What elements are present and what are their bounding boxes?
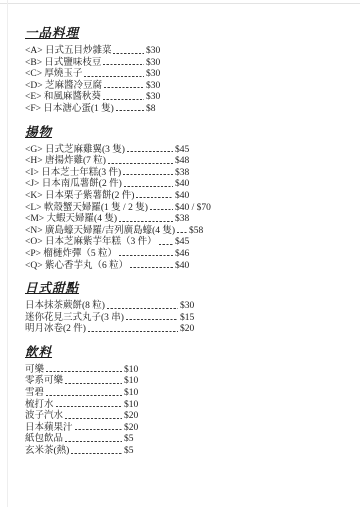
menu-item-lead: 波子汽水 [25, 411, 124, 423]
dotted-leader [65, 376, 122, 388]
dotted-leader [107, 301, 178, 313]
menu-item-price: $30 [146, 92, 160, 104]
menu-item-price: $15 [180, 313, 194, 325]
section-item-list: 可樂$10零系可樂$10雪碧$10梳打水$10波子汽水$20日本蘋果汁$20紙包… [25, 365, 347, 458]
section-japanese-desserts: 日式甜點 日本抹茶蕨餅(8 粒)$30迷你花見三式丸子(3 串)$15明月冰卷(… [25, 282, 347, 336]
menu-item-lead: <Q> 紫心香芋丸（6 粒） [25, 261, 175, 273]
dotted-leader [103, 58, 144, 70]
menu-item-price: $40 [175, 261, 189, 273]
menu-item-price: $30 [146, 58, 160, 70]
section-signature-dishes: 一品料理 <A> 日式五目炒雜菜$30<B> 日式鹽味枝豆$30<C> 厚燒玉子… [25, 27, 347, 116]
menu-item-name: 日本抹茶蕨餅(8 粒) [25, 301, 105, 313]
menu-item-row: 零系可樂$10 [25, 376, 347, 388]
menu-item-price: $5 [124, 446, 134, 458]
menu-item-lead: 紙包飲品 [25, 434, 124, 446]
menu-item-row: <A> 日式五目炒雜菜$30 [25, 46, 347, 58]
dotted-leader [130, 261, 173, 273]
menu-item-row: <J> 日本南瓜薯餅(2 件)$40 [25, 179, 347, 191]
menu-item-lead: <N> 廣島蠔天婦羅/吉列廣島蠔(4 隻) [25, 226, 189, 238]
menu-item-price: $40 [175, 191, 189, 203]
menu-item-price: $20 [124, 411, 138, 423]
menu-item-lead: 日本抹茶蕨餅(8 粒) [25, 301, 180, 313]
menu-item-price: $10 [124, 400, 138, 412]
menu-item-row: <G> 日式芝麻雞翼(3 隻)$45 [25, 145, 347, 157]
menu-item-row: <E> 和風麻醬秋葵$30 [25, 92, 347, 104]
dotted-leader [104, 81, 144, 93]
menu-item-name: <G> 日式芝麻雞翼(3 隻) [25, 145, 125, 157]
menu-item-row: 梳打水$10 [25, 400, 347, 412]
menu-item-price: $8 [146, 104, 156, 116]
menu-item-name: <C> 厚燒玉子 [25, 69, 82, 81]
section-fried-items: 揚物 <G> 日式芝麻雞翼(3 隻)$45<H> 唐揚炸雞(7 粒)$48<I>… [25, 126, 347, 273]
menu-item-price: $20 [124, 423, 138, 435]
menu-item-lead: 梳打水 [25, 400, 124, 412]
menu-item-row: <L> 軟殼蟹天婦羅(1 隻 / 2 隻)$40 / $70 [25, 203, 347, 215]
menu-item-row: <H> 唐揚炸雞(7 粒)$48 [25, 156, 347, 168]
menu-item-row: <P> 榴槤炸彈（5 粒）$46 [25, 249, 347, 261]
dotted-leader [177, 226, 187, 238]
menu-item-row: <D> 芝麻醬冷豆腐$30 [25, 81, 347, 93]
section-item-list: <G> 日式芝麻雞翼(3 隻)$45<H> 唐揚炸雞(7 粒)$48<I> 日本… [25, 145, 347, 273]
menu-item-name: 波子汽水 [25, 411, 63, 423]
menu-item-name: <K> 日本栗子紫薯餅(2 件) [25, 191, 134, 203]
dotted-leader [84, 69, 144, 81]
section-title: 飲料 [25, 346, 347, 359]
menu-item-price: $10 [124, 376, 138, 388]
menu-item-price: $30 [146, 81, 160, 93]
menu-item-name: <O> 日本芝麻紫芋年糕（3 件） [25, 237, 157, 249]
menu-item-name: <A> 日式五目炒雜菜 [25, 46, 111, 58]
menu-page: 一品料理 <A> 日式五目炒雜菜$30<B> 日式鹽味枝豆$30<C> 厚燒玉子… [25, 27, 347, 468]
menu-item-price: $40 [175, 179, 189, 191]
menu-item-price: $30 [146, 69, 160, 81]
section-item-list: <A> 日式五目炒雜菜$30<B> 日式鹽味枝豆$30<C> 厚燒玉子$30<D… [25, 46, 347, 116]
menu-item-name: 零系可樂 [25, 376, 63, 388]
menu-item-row: 明月冰卷(2 件)$20 [25, 324, 347, 336]
menu-item-price: $38 [175, 214, 189, 226]
menu-item-price: $5 [124, 434, 134, 446]
menu-item-row: 日本蘋果汁$20 [25, 423, 347, 435]
menu-item-lead: <D> 芝麻醬冷豆腐 [25, 81, 146, 93]
menu-item-row: <C> 厚燒玉子$30 [25, 69, 347, 81]
dotted-leader [119, 249, 173, 261]
menu-item-row: 玄米茶(熱)$5 [25, 446, 347, 458]
menu-item-name: <J> 日本南瓜薯餅(2 件) [25, 179, 122, 191]
menu-item-lead: <G> 日式芝麻雞翼(3 隻) [25, 145, 175, 157]
menu-item-name: <B> 日式鹽味枝豆 [25, 58, 101, 70]
menu-item-row: <I> 日本芝士年糕(3 件)$38 [25, 168, 347, 180]
dotted-leader [116, 104, 144, 116]
menu-item-name: 玄米茶(熱) [25, 446, 69, 458]
dotted-leader [136, 191, 173, 203]
menu-item-row: <O> 日本芝麻紫芋年糕（3 件）$45 [25, 237, 347, 249]
dotted-leader [108, 156, 173, 168]
menu-item-lead: <L> 軟殼蟹天婦羅(1 隻 / 2 隻) [25, 203, 175, 215]
menu-item-lead: <J> 日本南瓜薯餅(2 件) [25, 179, 175, 191]
menu-item-price: $20 [180, 324, 194, 336]
menu-item-row: 波子汽水$20 [25, 411, 347, 423]
menu-item-name: <P> 榴槤炸彈（5 粒） [25, 249, 117, 261]
menu-item-name: 日本蘋果汁 [25, 423, 73, 435]
menu-item-row: <M> 大蝦天婦羅(4 隻)$38 [25, 214, 347, 226]
menu-item-row: 可樂$10 [25, 365, 347, 377]
menu-item-price: $38 [175, 168, 189, 180]
menu-item-name: <Q> 紫心香芋丸（6 粒） [25, 261, 128, 273]
menu-item-name: 明月冰卷(2 件) [25, 324, 86, 336]
section-title: 揚物 [25, 126, 347, 139]
menu-item-row: <Q> 紫心香芋丸（6 粒）$40 [25, 261, 347, 273]
menu-item-price: $48 [175, 156, 189, 168]
menu-item-price: $58 [189, 226, 203, 238]
menu-item-lead: <H> 唐揚炸雞(7 粒) [25, 156, 175, 168]
page-top-edge [0, 3, 360, 4]
menu-item-lead: 迷你花見三式丸子(3 串) [25, 313, 180, 325]
menu-item-lead: 玄米茶(熱) [25, 446, 124, 458]
menu-item-name: 紙包飲品 [25, 434, 63, 446]
section-item-list: 日本抹茶蕨餅(8 粒)$30迷你花見三式丸子(3 串)$15明月冰卷(2 件)$… [25, 301, 347, 336]
menu-item-lead: <F> 日本溏心蛋(1 隻) [25, 104, 146, 116]
dotted-leader [126, 313, 178, 325]
menu-item-row: 雪碧$10 [25, 388, 347, 400]
menu-item-lead: <B> 日式鹽味枝豆 [25, 58, 146, 70]
section-title: 一品料理 [25, 27, 347, 40]
dotted-leader [159, 237, 173, 249]
menu-item-price: $30 [146, 46, 160, 58]
dotted-leader [75, 423, 122, 435]
menu-item-name: <N> 廣島蠔天婦羅/吉列廣島蠔(4 隻) [25, 226, 175, 238]
menu-item-lead: <M> 大蝦天婦羅(4 隻) [25, 214, 175, 226]
menu-item-lead: 雪碧 [25, 388, 124, 400]
dotted-leader [127, 145, 173, 157]
menu-item-row: <N> 廣島蠔天婦羅/吉列廣島蠔(4 隻)$58 [25, 226, 347, 238]
dotted-leader [46, 388, 122, 400]
menu-item-lead: 日本蘋果汁 [25, 423, 124, 435]
menu-item-name: <D> 芝麻醬冷豆腐 [25, 81, 102, 93]
dotted-leader [65, 434, 122, 446]
menu-item-lead: <C> 厚燒玉子 [25, 69, 146, 81]
menu-item-name: 迷你花見三式丸子(3 串) [25, 313, 124, 325]
menu-item-name: <I> 日本芝士年糕(3 件) [25, 168, 121, 180]
menu-item-lead: 可樂 [25, 365, 124, 377]
dotted-leader [65, 411, 122, 423]
dotted-leader [71, 446, 122, 458]
menu-item-name: <H> 唐揚炸雞(7 粒) [25, 156, 106, 168]
dotted-leader [150, 203, 173, 215]
dotted-leader [123, 168, 173, 180]
menu-item-name: 梳打水 [25, 400, 54, 412]
menu-item-row: 日本抹茶蕨餅(8 粒)$30 [25, 301, 347, 313]
dotted-leader [56, 400, 122, 412]
menu-item-lead: <P> 榴槤炸彈（5 粒） [25, 249, 175, 261]
menu-item-name: 可樂 [25, 365, 44, 377]
page-left-edge [7, 0, 8, 507]
menu-item-price: $10 [124, 365, 138, 377]
menu-item-name: <F> 日本溏心蛋(1 隻) [25, 104, 114, 116]
menu-item-lead: <O> 日本芝麻紫芋年糕（3 件） [25, 237, 175, 249]
menu-item-row: <K> 日本栗子紫薯餅(2 件)$40 [25, 191, 347, 203]
menu-item-row: 迷你花見三式丸子(3 串)$15 [25, 313, 347, 325]
dotted-leader [124, 179, 173, 191]
menu-item-price: $40 / $70 [175, 203, 211, 215]
menu-item-price: $46 [175, 249, 189, 261]
menu-item-row: <F> 日本溏心蛋(1 隻)$8 [25, 104, 347, 116]
dotted-leader [113, 46, 144, 58]
menu-item-lead: 零系可樂 [25, 376, 124, 388]
dotted-leader [103, 92, 144, 104]
menu-item-lead: <K> 日本栗子紫薯餅(2 件) [25, 191, 175, 203]
section-title: 日式甜點 [25, 282, 347, 295]
menu-item-name: 雪碧 [25, 388, 44, 400]
menu-item-name: <L> 軟殼蟹天婦羅(1 隻 / 2 隻) [25, 203, 148, 215]
menu-item-name: <E> 和風麻醬秋葵 [25, 92, 101, 104]
menu-item-row: <B> 日式鹽味枝豆$30 [25, 58, 347, 70]
menu-item-lead: 明月冰卷(2 件) [25, 324, 180, 336]
menu-item-row: 紙包飲品$5 [25, 434, 347, 446]
dotted-leader [88, 324, 178, 336]
menu-item-price: $45 [175, 145, 189, 157]
dotted-leader [119, 214, 173, 226]
menu-item-lead: <E> 和風麻醬秋葵 [25, 92, 146, 104]
menu-item-price: $45 [175, 237, 189, 249]
section-drinks: 飲料 可樂$10零系可樂$10雪碧$10梳打水$10波子汽水$20日本蘋果汁$2… [25, 346, 347, 458]
menu-item-lead: <I> 日本芝士年糕(3 件) [25, 168, 175, 180]
menu-item-name: <M> 大蝦天婦羅(4 隻) [25, 214, 117, 226]
dotted-leader [46, 365, 122, 377]
menu-item-lead: <A> 日式五目炒雜菜 [25, 46, 146, 58]
menu-item-price: $10 [124, 388, 138, 400]
menu-item-price: $30 [180, 301, 194, 313]
